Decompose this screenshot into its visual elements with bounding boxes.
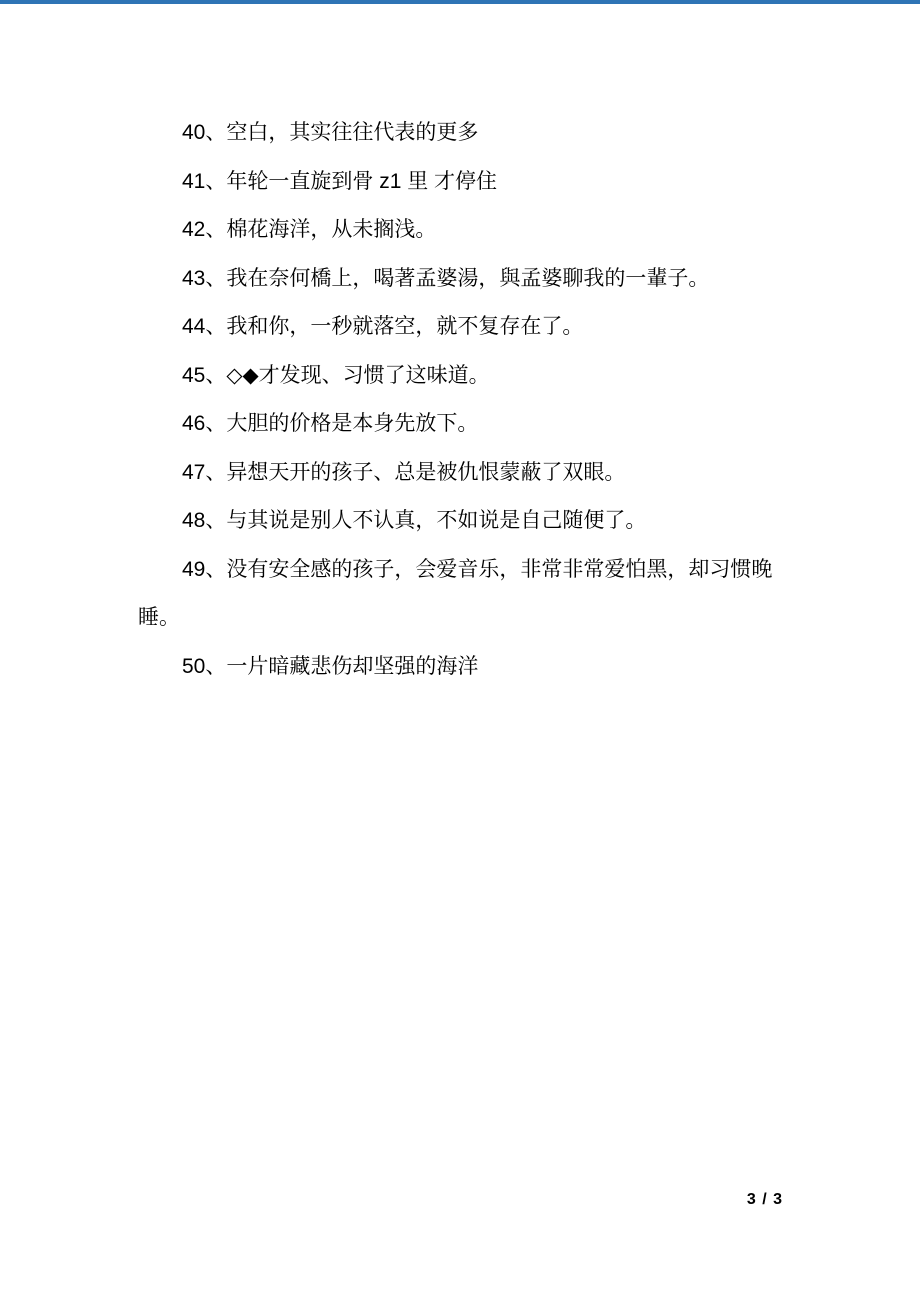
top-border-line (0, 0, 920, 4)
quote-line-41: 41、年轮一直旋到骨 z1 里 才停住 (138, 158, 783, 207)
page-number: 3 / 3 (747, 1191, 783, 1209)
quote-line-43: 43、我在奈何橋上，喝著孟婆湯，與孟婆聊我的一輩子。 (138, 255, 783, 304)
quote-line-49: 49、没有安全感的孩子，会爱音乐，非常非常爱怕黑，却习惯晚睡。 (138, 546, 783, 643)
quote-line-48: 48、与其说是别人不认真，不如说是自己随便了。 (138, 497, 783, 546)
document-body: 40、空白，其实往往代表的更多 41、年轮一直旋到骨 z1 里 才停住 42、棉… (138, 109, 783, 691)
quote-line-50: 50、一片暗藏悲伤却坚强的海洋 (138, 643, 783, 692)
quote-line-42: 42、棉花海洋，从未搁浅。 (138, 206, 783, 255)
quote-line-47: 47、异想天开的孩子、总是被仇恨蒙蔽了双眼。 (138, 449, 783, 498)
document-page: 40、空白，其实往往代表的更多 41、年轮一直旋到骨 z1 里 才停住 42、棉… (0, 0, 920, 1302)
quote-line-44: 44、我和你，一秒就落空，就不复存在了。 (138, 303, 783, 352)
quote-line-40: 40、空白，其实往往代表的更多 (138, 109, 783, 158)
quote-line-46: 46、大胆的价格是本身先放下。 (138, 400, 783, 449)
quote-line-45: 45、◇◆才发现、习惯了这味道。 (138, 352, 783, 401)
